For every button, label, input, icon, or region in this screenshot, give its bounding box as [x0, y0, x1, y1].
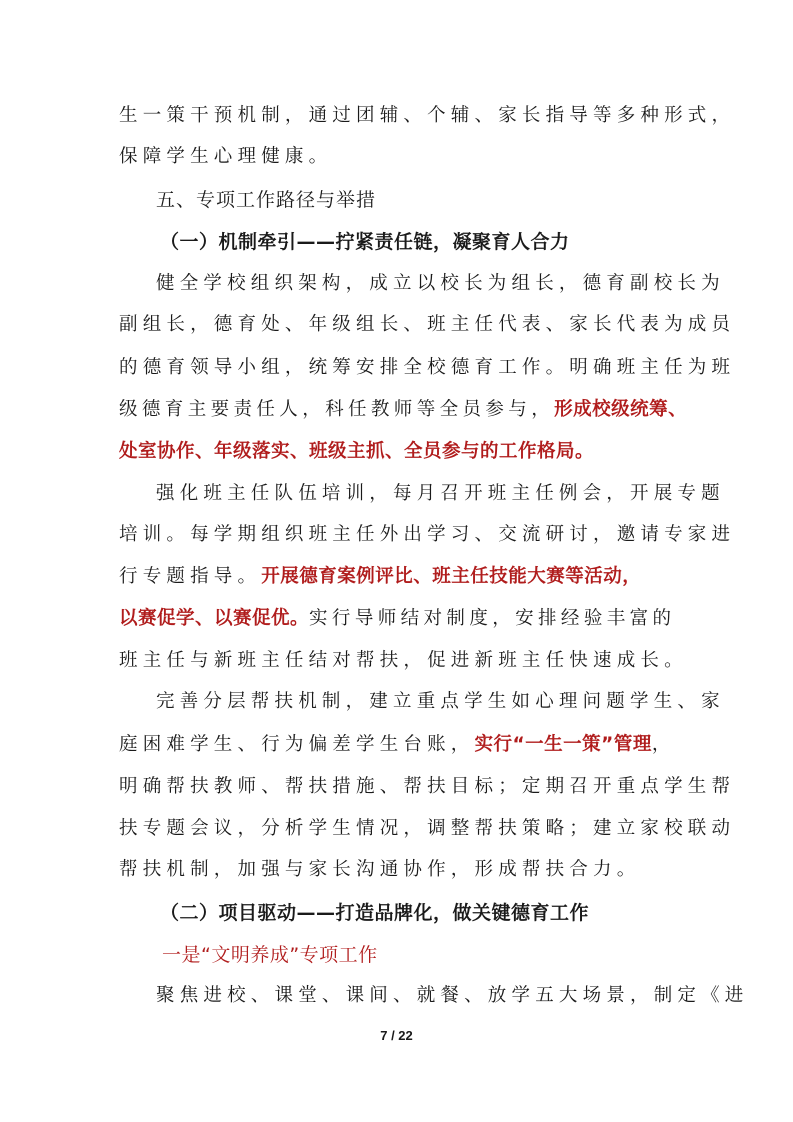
plain-text: 实行导师结对制度，安排经验丰富的: [309, 608, 675, 629]
body-text-line: 扶专题会议，分析学生情况，调整帮扶策略；建立家校联动: [119, 814, 679, 844]
section-heading: 五、专项工作路径与举措: [156, 185, 716, 215]
body-text-line: 行专题指导。开展德育案例评比、班主任技能大赛等活动，: [119, 562, 679, 592]
body-text-line: 处室协作、年级落实、班级主抓、全员参与的工作格局。: [119, 437, 679, 467]
body-text-line: 明确帮扶教师、帮扶措施、帮扶目标；定期召开重点学生帮: [119, 772, 679, 802]
body-text-line: 健全学校组织架构，成立以校长为组长，德育副校长为: [156, 269, 716, 299]
body-text-line: 以赛促学、以赛促优。实行导师结对制度，安排经验丰富的: [119, 604, 679, 634]
body-text-line: 保障学生心理健康。: [119, 142, 679, 172]
body-text-line: 帮扶机制，加强与家长沟通协作，形成帮扶合力。: [119, 855, 679, 885]
body-text-line: 强化班主任队伍培训，每月召开班主任例会，开展专题: [156, 479, 716, 509]
document-page: 生一策干预机制，通过团辅、个辅、家长指导等多种形式， 保障学生心理健康。 五、专…: [0, 0, 793, 1122]
highlight-text: 实行“一生一策”管理: [475, 734, 652, 755]
body-text-line: 完善分层帮扶机制，建立重点学生如心理问题学生、家: [156, 687, 716, 717]
highlight-text: 开展德育案例评比、班主任技能大赛等活动，: [261, 566, 641, 587]
plain-text: 级德育主要责任人，科任教师等全员参与，: [119, 399, 554, 420]
body-text-line: 级德育主要责任人，科任教师等全员参与，形成校级统筹、: [119, 395, 679, 425]
body-text-line: 班主任与新班主任结对帮扶，促进新班主任快速成长。: [119, 646, 679, 676]
plain-text: 庭困难学生、行为偏差学生台账，: [119, 734, 475, 755]
item-title: 一是“文明养成”专项工作: [162, 940, 722, 970]
highlight-text: 以赛促学、以赛促优。: [119, 608, 309, 629]
highlight-text: 处室协作、年级落实、班级主抓、全员参与的工作格局。: [119, 441, 594, 462]
body-text-line: 庭困难学生、行为偏差学生台账，实行“一生一策”管理，: [119, 730, 679, 760]
plain-text: ，: [652, 734, 676, 755]
subsection-heading-1: （一）机制牵引——拧紧责任链，凝聚育人合力: [160, 227, 720, 257]
body-text-line: 副组长，德育处、年级组长、班主任代表、家长代表为成员: [119, 310, 679, 340]
page-number: 7 / 22: [0, 1028, 793, 1043]
highlight-text: 形成校级统筹、: [554, 399, 687, 420]
body-text-line: 的德育领导小组，统筹安排全校德育工作。明确班主任为班: [119, 353, 679, 383]
body-text-line: 聚焦进校、课堂、课间、就餐、放学五大场景，制定《进: [156, 981, 716, 1011]
body-text-line: 生一策干预机制，通过团辅、个辅、家长指导等多种形式，: [119, 101, 679, 131]
body-text-line: 培训。每学期组织班主任外出学习、交流研讨，邀请专家进: [119, 520, 679, 550]
plain-text: 行专题指导。: [119, 566, 261, 587]
subsection-heading-2: （二）项目驱动——打造品牌化，做关键德育工作: [160, 898, 720, 928]
